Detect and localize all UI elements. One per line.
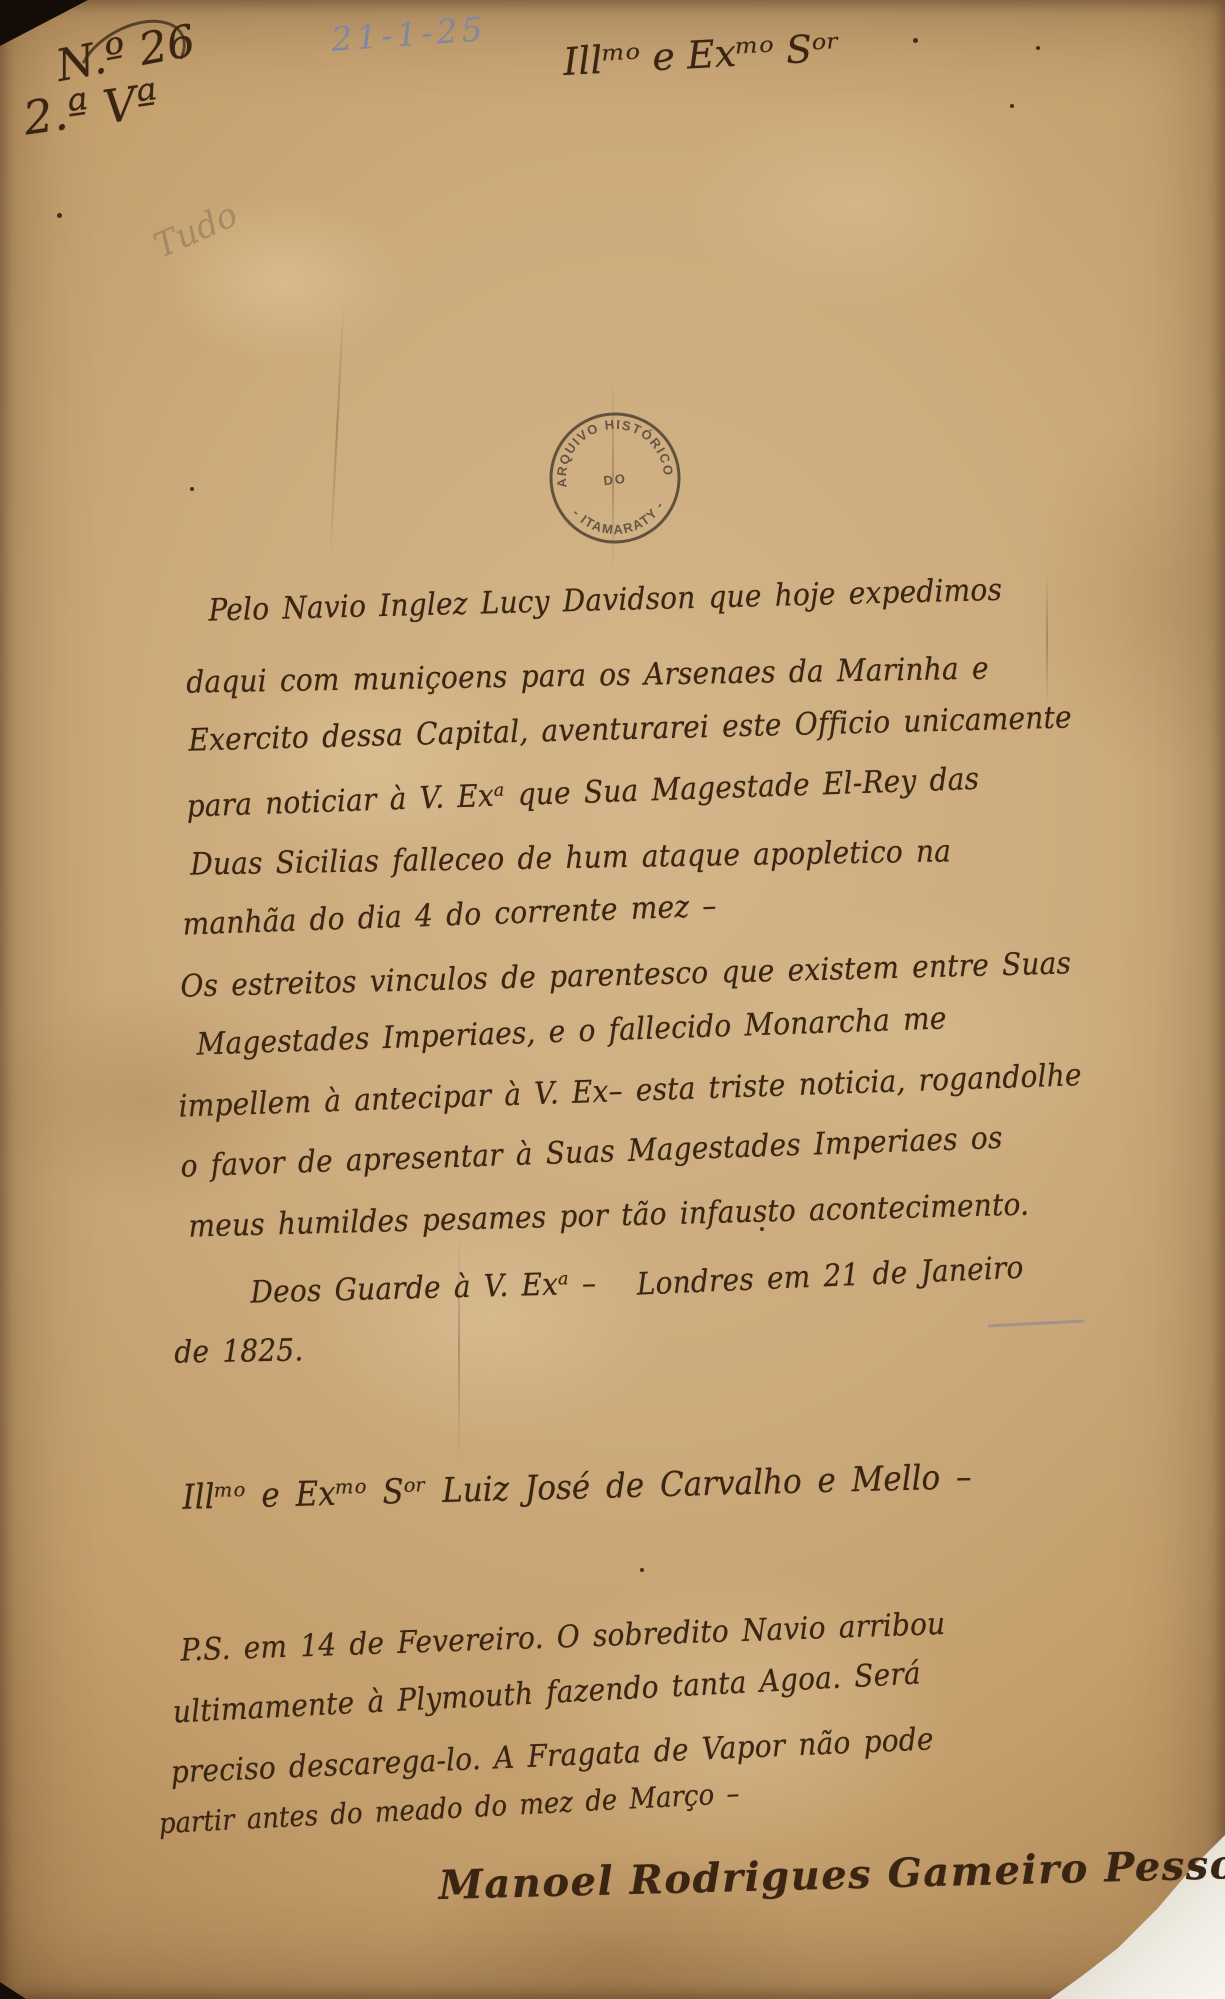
ink-speck	[1036, 46, 1040, 50]
ink-speck	[760, 1227, 764, 1231]
ink-speck	[190, 487, 194, 491]
crease-mark	[612, 378, 614, 573]
ink-speck	[57, 213, 62, 218]
year-line: de 1825.	[174, 1332, 304, 1371]
manuscript-photo: N.º 26 2.ª Vª 21-1-25 Tudo Illᵐᵒ e Exᵐᵒ …	[0, 0, 1225, 1999]
stamp-center-label: DO	[603, 471, 628, 488]
crease-mark	[1046, 570, 1048, 710]
ink-speck	[640, 1568, 644, 1572]
ink-speck	[913, 38, 918, 43]
ink-speck	[1010, 104, 1014, 108]
archive-stamp: ARQUIVO HISTÓRICO DO - ITAMARATY -	[538, 401, 692, 555]
